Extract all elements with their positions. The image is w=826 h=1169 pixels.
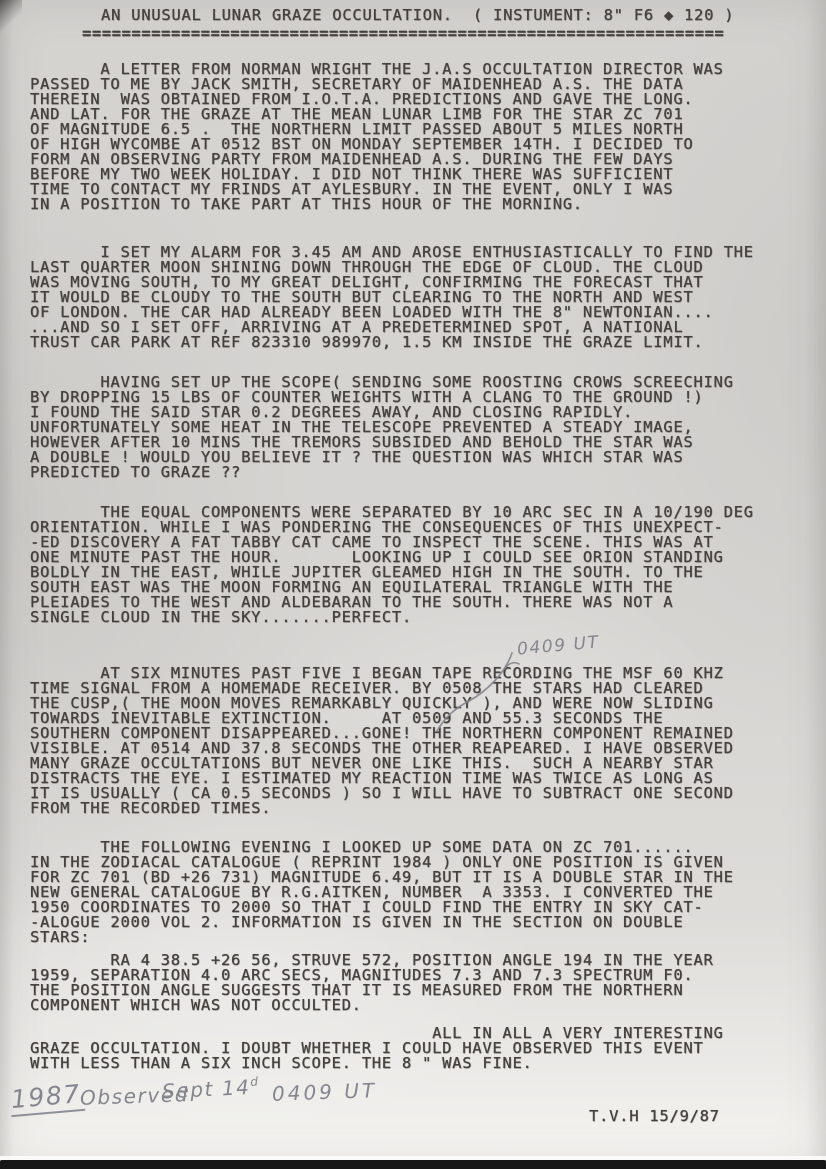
paragraph-intro-letter: A LETTER FROM NORMAN WRIGHT THE J.A.S OC… [30, 62, 724, 212]
title-underline: ========================================… [82, 26, 724, 41]
paragraph-catalogue-lookup: THE FOLLOWING EVENING I LOOKED UP SOME D… [30, 840, 734, 945]
paragraph-alarm-drive: I SET MY ALARM FOR 3.45 AM AND AROSE ENT… [30, 245, 754, 350]
paragraph-setup-scope: HAVING SET UP THE SCOPE( SENDING SOME RO… [30, 375, 734, 480]
handwritten-year: 1987 [9, 1079, 86, 1117]
handwritten-date-superscript: d [250, 1074, 258, 1088]
scan-corner-shadow [0, 0, 22, 34]
paragraph-double-star-data: RA 4 38.5 +26 56, STRUVE 572, POSITION A… [30, 953, 714, 1013]
paragraph-conclusion: ALL IN ALL A VERY INTERESTING GRAZE OCCU… [30, 1026, 724, 1071]
handwritten-inline-time-note: 0409 UT [516, 632, 600, 659]
signature-initials-date: T.V.H 15/9/87 [589, 1109, 720, 1124]
handwritten-date-text: Sept 14 [161, 1075, 251, 1104]
handwritten-time: 0409 UT [272, 1078, 378, 1106]
paragraph-double-star-sky: THE EQUAL COMPONENTS WERE SEPARATED BY 1… [30, 505, 754, 625]
scanned-letter-page: AN UNUSUAL LUNAR GRAZE OCCULTATION. ( IN… [0, 0, 826, 1169]
handwritten-date: Sept 14d [161, 1074, 258, 1103]
page-title: AN UNUSUAL LUNAR GRAZE OCCULTATION. ( IN… [101, 8, 734, 23]
scanner-edge-bar [0, 1160, 826, 1169]
paragraph-timing-events: AT SIX MINUTES PAST FIVE I BEGAN TAPE RE… [30, 666, 734, 816]
